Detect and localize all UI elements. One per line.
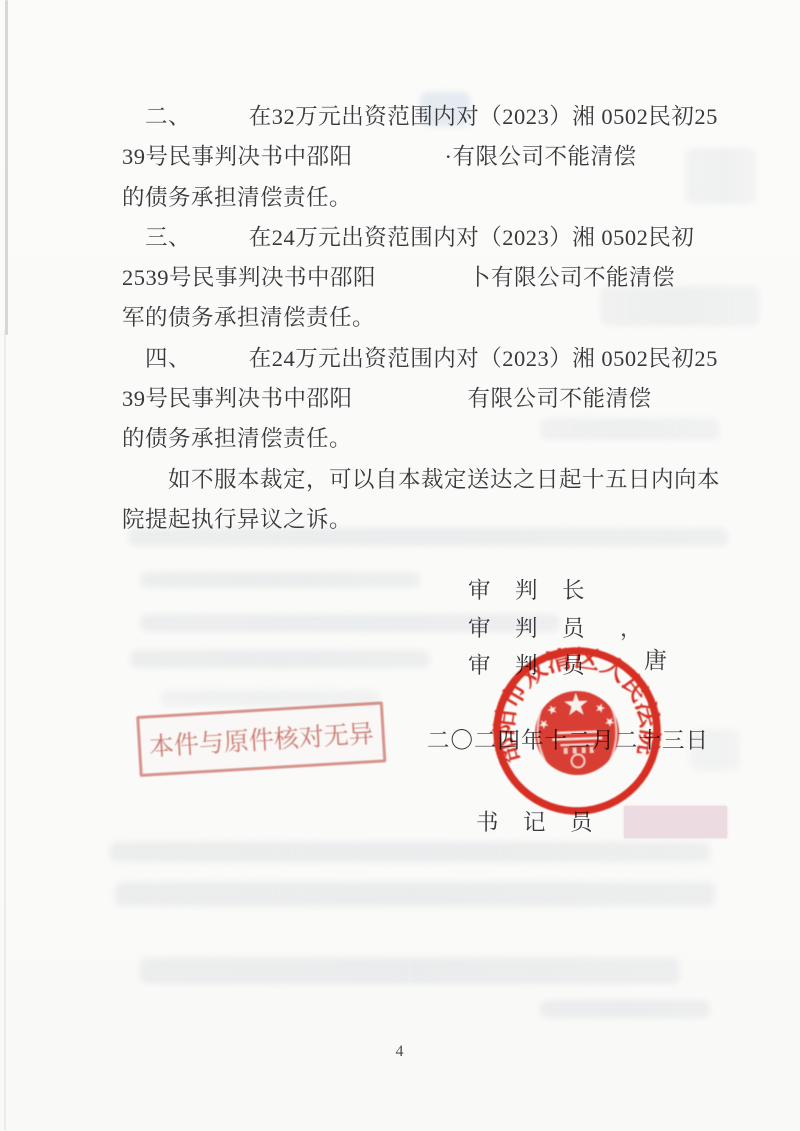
ruling-body-text: 二、 在32万元出资范围内对（2023）湘 0502民初25 39号民事判决书中… [122, 97, 688, 540]
bleed-through-smudge [115, 882, 715, 906]
presiding-judge-label: 审 判 长 [468, 572, 586, 610]
body-line: 39号民事判决书中邵阳 有限公司不能清偿 [122, 379, 688, 419]
body-line: 军的债务承担清偿责任。 [122, 298, 688, 338]
body-line: 如不服本裁定，可以自本裁定送达之日起十五日内向本 [122, 460, 688, 500]
bleed-through-smudge [140, 572, 420, 588]
judge-label: 审 判 员 [468, 610, 586, 648]
national-emblem [534, 690, 621, 777]
bleed-through-smudge [540, 1000, 710, 1018]
handwriting-artifact: ， [620, 612, 642, 643]
scanned-court-document-page: 二、 在32万元出资范围内对（2023）湘 0502民初25 39号民事判决书中… [0, 0, 800, 1131]
bleed-through-smudge [686, 148, 756, 204]
clerk-name-redaction [624, 806, 727, 838]
bleed-through-smudge [130, 650, 430, 668]
court-seal: 邵阳市双清区人民法院 [486, 640, 668, 822]
body-line: 院提起执行异议之诉。 [122, 500, 688, 540]
scan-edge-artifact [4, 330, 6, 1130]
verification-stamp: 本件与原件核对无异 [136, 701, 386, 777]
body-line: 39号民事判决书中邵阳 ·有限公司不能清偿 [122, 137, 688, 177]
body-line: 的债务承担清偿责任。 [122, 178, 688, 218]
body-line: 三、 在24万元出资范围内对（2023）湘 0502民初 [122, 218, 688, 258]
page-number: 4 [0, 1043, 800, 1061]
body-line: 2539号民事判决书中邵阳 卜有限公司不能清偿 [122, 258, 688, 298]
scan-edge-artifact [5, 0, 8, 335]
body-line: 四、 在24万元出资范围内对（2023）湘 0502民初25 [122, 339, 688, 379]
bleed-through-smudge [140, 958, 680, 984]
body-line: 二、 在32万元出资范围内对（2023）湘 0502民初25 [122, 97, 688, 137]
body-line: 的债务承担清偿责任。 [122, 419, 688, 459]
bleed-through-smudge [110, 842, 710, 862]
